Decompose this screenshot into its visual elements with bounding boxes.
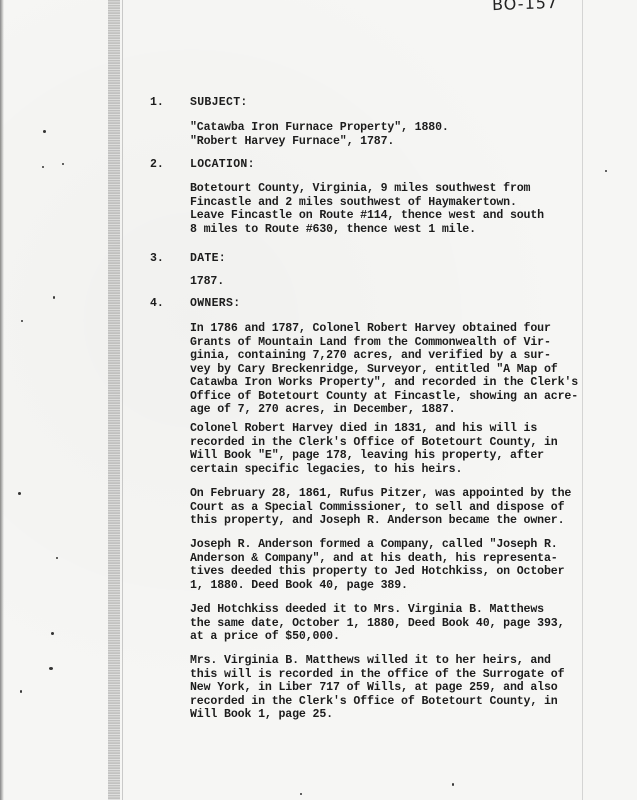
section-number-2: 2. [150,158,164,171]
section-heading-location: LOCATION: [190,158,255,171]
owners-paragraph-matthews-will: Mrs. Virginia B. Matthews willed it to h… [190,654,630,722]
section-heading-owners: OWNERS: [190,297,240,310]
owners-paragraph-anderson: Joseph R. Anderson formed a Company, cal… [190,538,630,592]
section-number-3: 3. [150,252,164,265]
margin-rule [122,0,123,800]
subject-text: "Catawba Iron Furnace Property", 1880. "… [190,121,630,148]
owners-paragraph-hotchkiss: Jed Hotchkiss deeded it to Mrs. Virginia… [190,603,630,644]
scan-edge-shadow [0,0,4,800]
section-number-1: 1. [150,96,164,109]
owners-paragraph-harvey-will: Colonel Robert Harvey died in 1831, and … [190,422,630,476]
handwritten-document-id: BO-157 [492,0,559,14]
date-text: 1787. [190,275,630,289]
section-number-4: 4. [150,297,164,310]
owners-paragraph-grants: In 1786 and 1787, Colonel Robert Harvey … [190,322,630,417]
section-heading-date: DATE: [190,252,226,265]
location-text: Botetourt County, Virginia, 9 miles sout… [190,182,630,236]
scanned-document-page: BO-157 1. SUBJECT: "Catawba Iron Furnace… [0,0,637,800]
section-heading-subject: SUBJECT: [190,96,248,109]
owners-paragraph-pitzer: On February 28, 1861, Rufus Pitzer, was … [190,487,630,528]
binding-strip [108,0,120,800]
